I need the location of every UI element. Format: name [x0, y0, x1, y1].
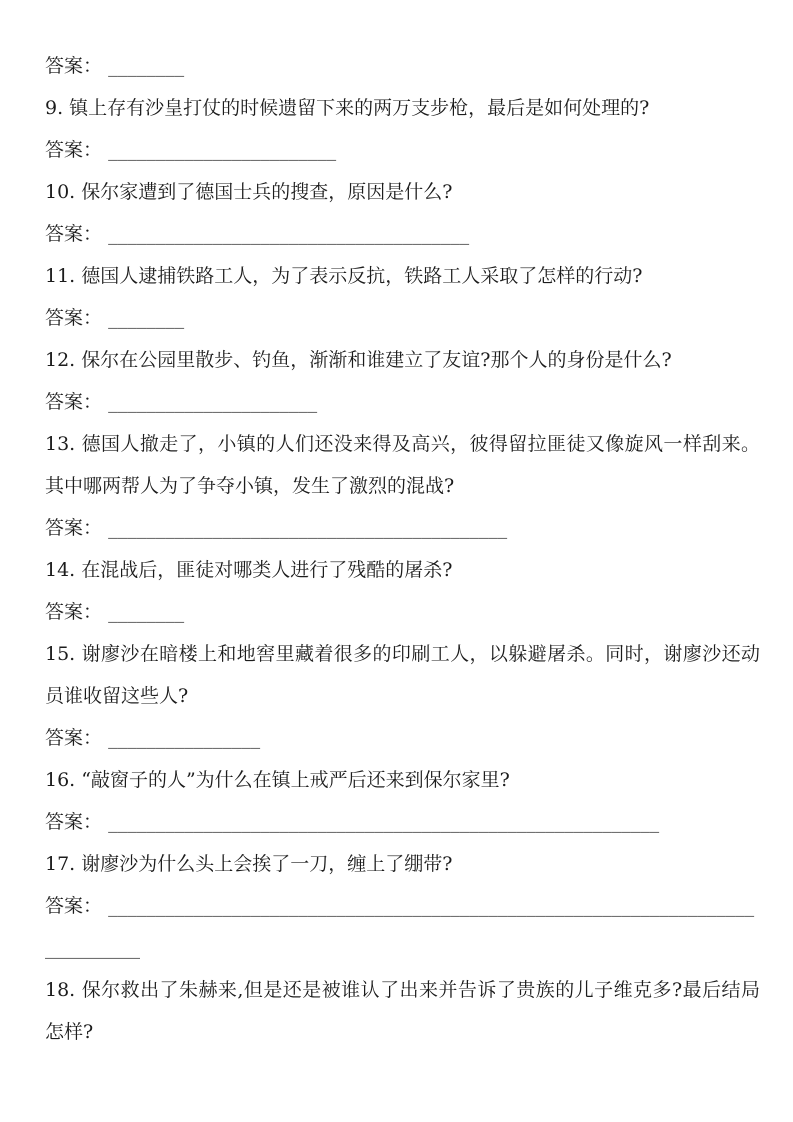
question-9: 9. 镇上存有沙皇打仗的时候遗留下来的两万支步枪，最后是如何处理的?: [45, 87, 760, 129]
answer-blank[interactable]: ________________________________________…: [108, 811, 659, 833]
answer-blank[interactable]: ______________________________________: [108, 223, 469, 245]
answer-line-q9: 答案： ________________________: [45, 129, 760, 171]
answer-label: 答案：: [45, 139, 102, 161]
question-13: 13. 德国人撤走了，小镇的人们还没来得及高兴，彼得留拉匪徒又像旋风一样刮来。其…: [45, 423, 760, 507]
answer-line-q15: 答案： ________________: [45, 717, 760, 759]
answer-label: 答案：: [45, 601, 102, 623]
answer-blank[interactable]: ________: [108, 601, 184, 623]
answer-blank[interactable]: ________________________: [108, 139, 336, 161]
answer-line-q8: 答案： ________: [45, 45, 760, 87]
answer-line-q17: 答案： ____________________________________…: [45, 885, 760, 927]
question-16: 16. “敲窗子的人”为什么在镇上戒严后还来到保尔家里?: [45, 759, 760, 801]
answer-blank[interactable]: ________: [108, 55, 184, 77]
answer-line-q13: 答案： ____________________________________…: [45, 507, 760, 549]
answer-blank[interactable]: __________: [45, 937, 140, 959]
answer-line-q14: 答案： ________: [45, 591, 760, 633]
question-15: 15. 谢廖沙在暗楼上和地窖里藏着很多的印刷工人，以躲避屠杀。同时，谢廖沙还动员…: [45, 633, 760, 717]
answer-line-q16: 答案： ____________________________________…: [45, 801, 760, 843]
document-page: 答案： ________ 9. 镇上存有沙皇打仗的时候遗留下来的两万支步枪，最后…: [45, 45, 760, 1053]
answer-label: 答案：: [45, 391, 102, 413]
question-11: 11. 德国人逮捕铁路工人，为了表示反抗，铁路工人采取了怎样的行动?: [45, 255, 760, 297]
question-12: 12. 保尔在公园里散步、钓鱼，渐渐和谁建立了友谊?那个人的身份是什么?: [45, 339, 760, 381]
answer-label: 答案：: [45, 727, 102, 749]
question-18: 18. 保尔救出了朱赫来,但是还是被谁认了出来并告诉了贵族的儿子维克多?最后结局…: [45, 969, 760, 1053]
answer-blank[interactable]: ________________: [108, 727, 260, 749]
question-17: 17. 谢廖沙为什么头上会挨了一刀，缠上了绷带?: [45, 843, 760, 885]
answer-label: 答案：: [45, 55, 102, 77]
answer-label: 答案：: [45, 223, 102, 245]
answer-line-q10: 答案： ____________________________________…: [45, 213, 760, 255]
answer-blank[interactable]: ________: [108, 307, 184, 329]
answer-blank[interactable]: ________________________________________…: [108, 517, 507, 539]
answer-line-q12: 答案： ______________________: [45, 381, 760, 423]
answer-blank[interactable]: ______________________: [108, 391, 317, 413]
answer-continuation-q17: __________: [45, 927, 760, 969]
question-14: 14. 在混战后，匪徒对哪类人进行了残酷的屠杀?: [45, 549, 760, 591]
answer-blank[interactable]: ________________________________________…: [108, 895, 754, 917]
answer-label: 答案：: [45, 895, 102, 917]
answer-label: 答案：: [45, 811, 102, 833]
question-10: 10. 保尔家遭到了德国士兵的搜查，原因是什么?: [45, 171, 760, 213]
answer-label: 答案：: [45, 517, 102, 539]
answer-line-q11: 答案： ________: [45, 297, 760, 339]
answer-label: 答案：: [45, 307, 102, 329]
